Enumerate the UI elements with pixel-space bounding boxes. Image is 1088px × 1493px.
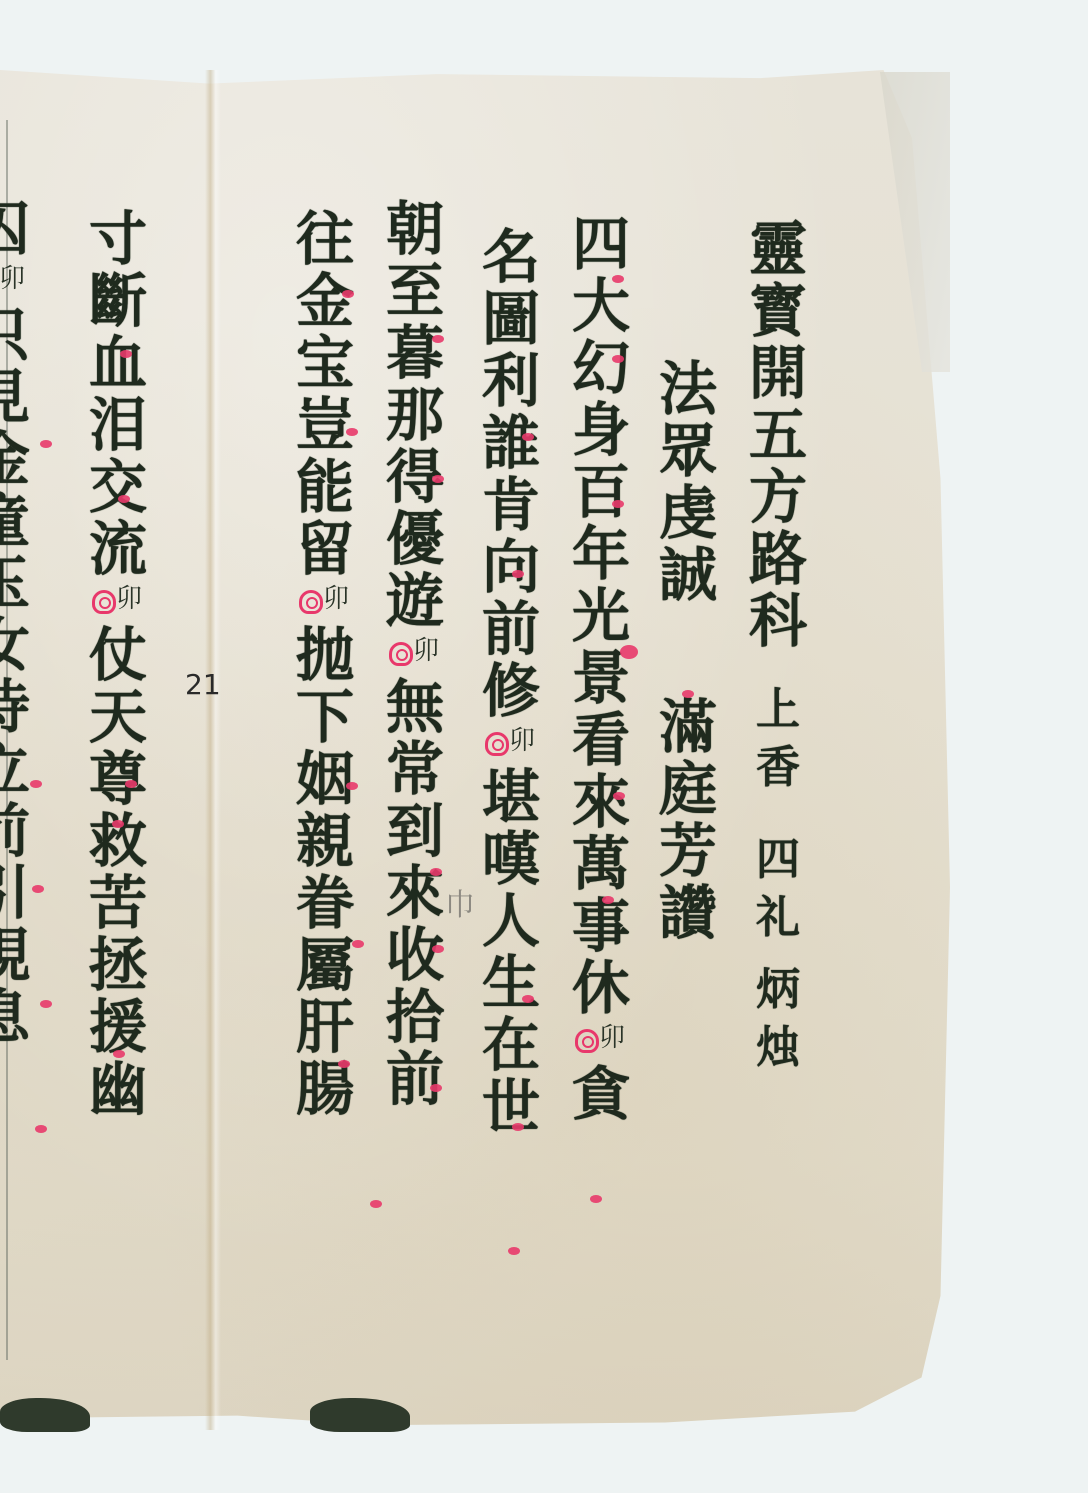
text-char: 尊 — [85, 750, 151, 812]
text-char: 交 — [85, 458, 151, 520]
title-char: 開 — [745, 344, 811, 406]
text-char: 息 — [0, 988, 34, 1050]
text-char: 泪 — [85, 396, 151, 458]
text-char: 虔 — [655, 484, 721, 546]
vermilion-dot — [612, 275, 624, 283]
text-column-7: 寸 斷 血 泪 交 流 卯 仗 天 尊 救 苦 拯 援 幽 — [85, 210, 151, 1122]
text-char: 常 — [382, 740, 448, 802]
recitation-marker: 卯 — [98, 586, 138, 622]
vermilion-dot — [112, 820, 124, 828]
text-char: 四 — [568, 215, 634, 277]
text-char: 前 — [478, 600, 544, 662]
text-char: 貪 — [568, 1065, 634, 1127]
text-char: 金 — [292, 272, 358, 334]
text-char: 往 — [292, 210, 358, 272]
title-char: 靈 — [745, 220, 811, 282]
text-char: 立 — [0, 740, 34, 802]
annotation-char: 炳 — [745, 968, 811, 1026]
text-char: 至 — [382, 262, 448, 324]
vermilion-dot — [612, 355, 624, 363]
title-char: 科 — [745, 592, 811, 654]
text-char: 修 — [478, 662, 544, 724]
text-char: 暮 — [382, 324, 448, 386]
vermilion-dot — [118, 495, 130, 503]
text-char: 寸 — [85, 210, 151, 272]
seal-mark-icon — [389, 642, 413, 666]
text-char: 腸 — [292, 1060, 358, 1122]
vermilion-dot — [342, 290, 354, 298]
title-char: 寳 — [745, 282, 811, 344]
vermilion-dot — [612, 500, 624, 508]
text-char: 幽 — [85, 1060, 151, 1122]
text-char: 光 — [568, 587, 634, 649]
vermilion-dot — [40, 1000, 52, 1008]
recitation-marker: 卯 — [0, 266, 21, 302]
text-char: 堪 — [478, 768, 544, 830]
vermilion-dot — [35, 1125, 47, 1133]
vermilion-dot — [602, 896, 614, 904]
text-char: 身 — [568, 401, 634, 463]
text-char: 斷 — [85, 272, 151, 334]
seal-mark-icon — [92, 590, 116, 614]
text-char: 前 — [0, 802, 34, 864]
text-char: 滿 — [655, 698, 721, 760]
text-char: 優 — [382, 510, 448, 572]
text-char: 留 — [292, 520, 358, 582]
text-char: 現 — [0, 926, 34, 988]
folio-number: 21 — [185, 668, 221, 701]
text-char: 肯 — [478, 476, 544, 538]
text-char: 血 — [85, 334, 151, 396]
text-char: 人 — [478, 892, 544, 954]
text-char: 到 — [382, 802, 448, 864]
text-char: 生 — [478, 954, 544, 1016]
text-char: 前 — [382, 1050, 448, 1112]
vermilion-dot — [120, 350, 132, 358]
vermilion-dot — [682, 690, 694, 698]
seal-mark-icon — [575, 1029, 599, 1053]
text-char: 見 — [0, 368, 34, 430]
title-char: 五 — [745, 406, 811, 468]
text-char: 無 — [382, 678, 448, 740]
text-char: 能 — [292, 458, 358, 520]
text-char: 朝 — [382, 200, 448, 262]
text-char: 在 — [478, 1016, 544, 1078]
text-char: 屬 — [292, 936, 358, 998]
text-char: 拾 — [382, 988, 448, 1050]
text-char: 宝 — [292, 334, 358, 396]
text-char: 引 — [0, 864, 34, 926]
text-char: 姻 — [292, 750, 358, 812]
text-char: 誠 — [655, 546, 721, 608]
text-char: 流 — [85, 520, 151, 582]
text-char: 囚 — [0, 200, 34, 262]
text-char: 苦 — [85, 874, 151, 936]
title-column: 靈 寳 開 五 方 路 科 上 香 四 礼 炳 烛 — [745, 220, 811, 1084]
text-char: 金 — [0, 430, 34, 492]
text-char: 親 — [292, 812, 358, 874]
vermilion-dot — [432, 335, 444, 343]
vermilion-dot — [113, 1050, 125, 1058]
vermilion-dot — [346, 428, 358, 436]
vermilion-dot — [430, 868, 442, 876]
text-char: 遊 — [382, 572, 448, 634]
text-char: 百 — [568, 463, 634, 525]
text-char: 豈 — [292, 396, 358, 458]
annotation-char: 上 — [745, 688, 811, 746]
recitation-marker: 卯 — [581, 1025, 621, 1061]
text-char: 大 — [568, 277, 634, 339]
recitation-marker: 卯 — [491, 728, 531, 764]
text-char: 肝 — [292, 998, 358, 1060]
text-char: 來 — [568, 773, 634, 835]
vermilion-dot — [522, 995, 534, 1003]
text-char: 下 — [292, 688, 358, 750]
text-char: 圖 — [478, 290, 544, 352]
text-char: 侍 — [0, 678, 34, 740]
annotation-char: 四 — [745, 838, 811, 896]
text-char: 抛 — [292, 626, 358, 688]
vermilion-dot — [508, 1247, 520, 1255]
text-char: 看 — [568, 711, 634, 773]
text-char: 嘆 — [478, 830, 544, 892]
text-char: 眾 — [655, 422, 721, 484]
seal-mark-icon — [485, 732, 509, 756]
vermilion-dot — [432, 945, 444, 953]
annotation-char: 烛 — [745, 1026, 811, 1084]
text-char: 玉 — [0, 554, 34, 616]
text-char: 年 — [568, 525, 634, 587]
vermilion-dot — [352, 940, 364, 948]
text-char: 休 — [568, 959, 634, 1021]
pencil-annotation: 巾 — [445, 880, 475, 924]
vermilion-dot — [522, 433, 534, 441]
vermilion-dot — [613, 792, 625, 800]
text-char: 誰 — [478, 414, 544, 476]
text-char: 向 — [478, 538, 544, 600]
vermilion-dot — [620, 645, 638, 659]
text-char: 幻 — [568, 339, 634, 401]
text-char: 仗 — [85, 626, 151, 688]
vermilion-dot — [512, 1123, 524, 1131]
text-char: 利 — [478, 352, 544, 414]
annotation-char: 礼 — [745, 896, 811, 954]
text-char: 世 — [478, 1078, 544, 1140]
annotation-char: 香 — [745, 746, 811, 804]
title-char: 方 — [745, 468, 811, 530]
vermilion-dot — [370, 1200, 382, 1208]
text-char: 名 — [478, 228, 544, 290]
text-column-2: 法 眾 虔 誠 滿 庭 芳 讚 — [655, 360, 721, 946]
recitation-marker: 卯 — [305, 586, 345, 622]
text-char: 法 — [655, 360, 721, 422]
text-char: 天 — [85, 688, 151, 750]
page-fold-line — [205, 70, 221, 1430]
text-char: 事 — [568, 897, 634, 959]
text-char: 芳 — [655, 822, 721, 884]
text-char: 萬 — [568, 835, 634, 897]
ink-blot — [310, 1398, 410, 1432]
text-char: 那 — [382, 386, 448, 448]
text-column-8-partial: 囚 卯 只 見 金 童 玉 女 侍 立 前 引 現 息 — [0, 200, 34, 1050]
text-char: 童 — [0, 492, 34, 554]
text-char: 庭 — [655, 760, 721, 822]
vermilion-dot — [512, 570, 524, 578]
vermilion-dot — [32, 885, 44, 893]
seal-mark-icon — [299, 590, 323, 614]
recitation-marker: 卯 — [395, 638, 435, 674]
text-char: 收 — [382, 926, 448, 988]
vermilion-dot — [430, 1084, 442, 1092]
vermilion-dot — [346, 782, 358, 790]
text-column-4: 名 圖 利 誰 肯 向 前 修 卯 堪 嘆 人 生 在 世 — [478, 228, 544, 1140]
vermilion-dot — [590, 1195, 602, 1203]
vermilion-dot — [40, 440, 52, 448]
vermilion-dot — [30, 780, 42, 788]
text-char: 眷 — [292, 874, 358, 936]
text-char: 拯 — [85, 936, 151, 998]
vermilion-dot — [125, 780, 137, 788]
vermilion-dot — [432, 475, 444, 483]
text-column-3: 四 大 幻 身 百 年 光 景 看 來 萬 事 休 卯 貪 — [568, 215, 634, 1127]
text-char: 只 — [0, 306, 34, 368]
text-char: 女 — [0, 616, 34, 678]
text-char: 讚 — [655, 884, 721, 946]
ink-blot — [0, 1398, 90, 1432]
title-char: 路 — [745, 530, 811, 592]
text-column-6: 往 金 宝 豈 能 留 卯 抛 下 姻 親 眷 屬 肝 腸 — [292, 210, 358, 1122]
vermilion-dot — [338, 1060, 350, 1068]
